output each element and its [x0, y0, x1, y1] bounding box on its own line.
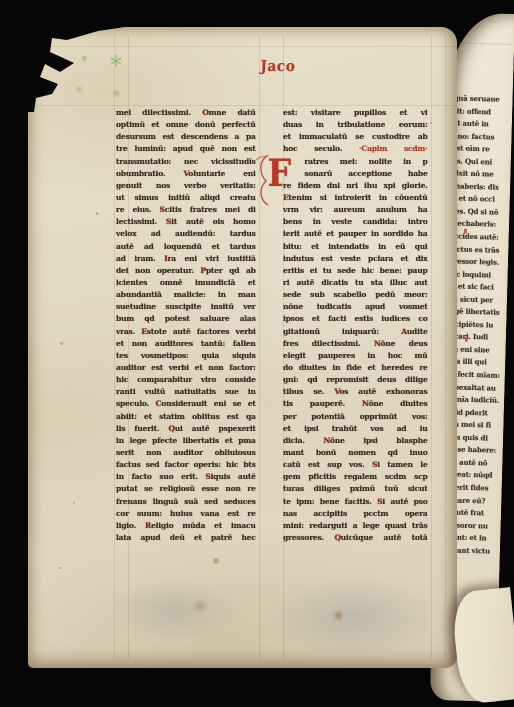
rubric-speck	[465, 337, 468, 342]
manuscript-line: autē ad loquendū et tardus	[116, 241, 256, 253]
manuscript-line: bitu: et intendatis in eū qui	[283, 241, 428, 253]
manuscript-line: hic comparabitur viro conside	[116, 374, 256, 386]
parchment-stain	[192, 599, 209, 612]
manuscript-line: putat se religiosū esse non re	[116, 483, 256, 495]
manuscript-line: gem pficitis regalem scdm scp	[283, 471, 428, 483]
manuscript-line: fres dilectissimi. Nōne deus	[283, 338, 428, 350]
manuscript-line: ri autē dicatis tu sta illuc aut	[283, 277, 428, 289]
manuscript-line: ut simus initiū aliqd creatu	[116, 192, 256, 204]
manuscript-line: transmutatio: nec vicissitudīs	[116, 156, 256, 168]
manuscript-line: elegit pauperes in hoc mū	[283, 350, 428, 362]
next-leaf-text-line: at autē in	[453, 117, 511, 131]
manuscript-line: abiit: et statim oblitus est qa	[116, 411, 256, 423]
manuscript-line: ratres mei: nolite in p	[283, 156, 428, 168]
manuscript-line: Etenim si introierit in cōuentū	[283, 192, 428, 204]
manuscript-line: ad iram. Ira eni viri iustitiā	[116, 253, 256, 265]
manuscript-line: optimū et omne donū perfectū	[116, 119, 256, 131]
manuscript-line: dei non operatur. Ppter qd ab	[116, 265, 256, 277]
manuscript-line: serit non auditor obliuiosus	[116, 447, 256, 459]
manuscript-line: obumbratio. Voluntarie eni	[116, 168, 256, 180]
manuscript-line: lectissimi. Sit autē ois homo	[116, 216, 256, 228]
manuscript-line: vrm vir: aureum anulum ha	[283, 204, 428, 216]
running-title: Jaco	[252, 57, 304, 75]
ruling-line	[259, 35, 260, 659]
manuscript-line: indutus est veste pclara et dix	[283, 253, 428, 265]
manuscript-line: auditor est verbi et non factor:	[116, 362, 256, 374]
manuscript-line: cor suum: huius vana est re	[116, 508, 256, 520]
manuscript-line: tibus se. Vos autē exhonoras	[283, 386, 428, 398]
parchment-stain	[213, 558, 219, 564]
next-leaf-text-line: quā seruaue	[453, 92, 511, 106]
manuscript-line: suetudine suscipite insitū ver	[116, 301, 256, 313]
manuscript-line: re fidem dni nri ihu xpi glorie.	[283, 180, 428, 192]
manuscript-line: hoc seculo. ·Caplm scdm·	[283, 143, 428, 155]
margin-dot-doodle	[82, 56, 87, 61]
manuscript-line: mini: redarguti a lege quasi trās	[283, 520, 428, 532]
text-column-right: est: visitare pupillos et viduas in trib…	[283, 107, 428, 544]
manuscript-line: est: visitare pupillos et vi	[283, 107, 428, 119]
manuscript-line: mant bonū nomen qd inuo	[283, 447, 428, 459]
show-through-stain	[272, 577, 437, 657]
manuscript-line: catū est sup vos. Si tamen le	[283, 459, 428, 471]
manuscript-line: te ipm: bene facitis. Si autē pso	[283, 496, 428, 508]
manuscript-line: tes vosmetipos: quia siquis	[116, 350, 256, 362]
next-leaf-text-line: gressor legis.	[449, 255, 507, 269]
manuscript-line: dicia. Nōne ipsi blasphe	[283, 435, 428, 447]
initial-flourish	[254, 153, 270, 209]
manuscript-line: bum qd potest saluare aīas	[116, 313, 256, 325]
manuscript-line: re eius. Scitis fratres mei di	[116, 204, 256, 216]
manuscript-line: frenans linguā suā sed seduces	[116, 496, 256, 508]
chapter-initial: F	[268, 153, 295, 197]
manuscript-line: in lege pfecte libertatis et pma	[116, 435, 256, 447]
manuscript-page: Jaco mei dilectissimi. Omne datūoptimū e…	[28, 27, 457, 668]
manuscript-line: nas accipitis pcctm opera	[283, 508, 428, 520]
photo-background: quā seruauerit: offendat autē inuno: fac…	[0, 0, 514, 707]
manuscript-line: et ipsi trahūt vos ad iu	[283, 423, 428, 435]
manuscript-line: do diuites in fide et heredes re	[283, 362, 428, 374]
parchment-stain	[96, 212, 98, 215]
manuscript-line: nōne iudicatis apud vosmet	[283, 301, 428, 313]
rubric-speck	[464, 229, 467, 234]
manuscript-line: sonarū acceptione habe	[283, 168, 428, 180]
show-through-stain	[106, 579, 241, 641]
manuscript-line: genuit nos verbo veritatis:	[116, 180, 256, 192]
ruling-line	[452, 42, 512, 45]
manuscript-line: mei dilectissimi. Omne datū	[116, 107, 256, 119]
manuscript-line: ligio. Religio mūda et imacu	[116, 520, 256, 532]
manuscript-line: ipsos et facti estis iudices co	[283, 313, 428, 325]
manuscript-line: sede sub scabello pedū meor:	[283, 289, 428, 301]
margin-smudge	[75, 84, 83, 94]
manuscript-line: factus sed factor operis: hic bts	[116, 459, 256, 471]
manuscript-line: icientes omnē imundiciā et	[116, 277, 256, 289]
manuscript-line: gni: qd repromisit deus dilige	[283, 374, 428, 386]
manuscript-line: duas in tribulatione eorum:	[283, 119, 428, 131]
manuscript-line: eritis ei tu sede hic bene: paup	[283, 265, 428, 277]
parchment-stain	[333, 610, 344, 621]
manuscript-line: gitationū iniquarū: Audite	[283, 326, 428, 338]
ruling-line	[445, 35, 446, 659]
parchment-stain	[58, 567, 61, 569]
parchment-stain	[73, 502, 75, 504]
text-column-left: mei dilectissimi. Omne datūoptimū et omn…	[116, 107, 256, 544]
ruling-line	[431, 35, 432, 659]
manuscript-line: tre luminū: apud quē non est	[116, 143, 256, 155]
manuscript-line: ranti vultū natiuitatis sue in	[116, 386, 256, 398]
manuscript-line: velox ad audiendū: tardus	[116, 228, 256, 240]
margin-star-doodle	[110, 55, 122, 67]
next-leaf-text-line: occides autē:	[450, 230, 508, 244]
manuscript-line: per potentiā opprimūt vos:	[283, 411, 428, 423]
manuscript-line: turas diliges pximū tuū sicut	[283, 483, 428, 495]
manuscript-line: lis fuerit. Qui autē pspexerit	[116, 423, 256, 435]
manuscript-line: vras. Estote autē factores verbi	[116, 326, 256, 338]
manuscript-line: abundantiā malicie: in man	[116, 289, 256, 301]
next-leaf-text-line: est oīm re	[452, 142, 510, 156]
ruling-line	[31, 105, 455, 106]
manuscript-line: tis pauperē. Nōne diuites	[283, 398, 428, 410]
manuscript-line: in facto suo erit. Siquis autē	[116, 471, 256, 483]
manuscript-line: lata apud deū et patrē hec	[116, 532, 256, 544]
parchment-stain	[60, 342, 63, 345]
manuscript-line: bens in veste candida: intro	[283, 216, 428, 228]
ruling-line	[114, 35, 115, 659]
manuscript-line: speculo. Considerauit eni se et	[116, 398, 256, 410]
manuscript-line: gressores. Quicūque autē totā	[283, 532, 428, 544]
manuscript-line: et non auditores tantū: fallen	[116, 338, 256, 350]
manuscript-line: ierit autē et pauper in sordido ha	[283, 228, 428, 240]
manuscript-line: desursum est descendens a pa	[116, 131, 256, 143]
manuscript-line: et immaculatū se custodire ab	[283, 131, 428, 143]
ruling-line	[31, 46, 455, 47]
